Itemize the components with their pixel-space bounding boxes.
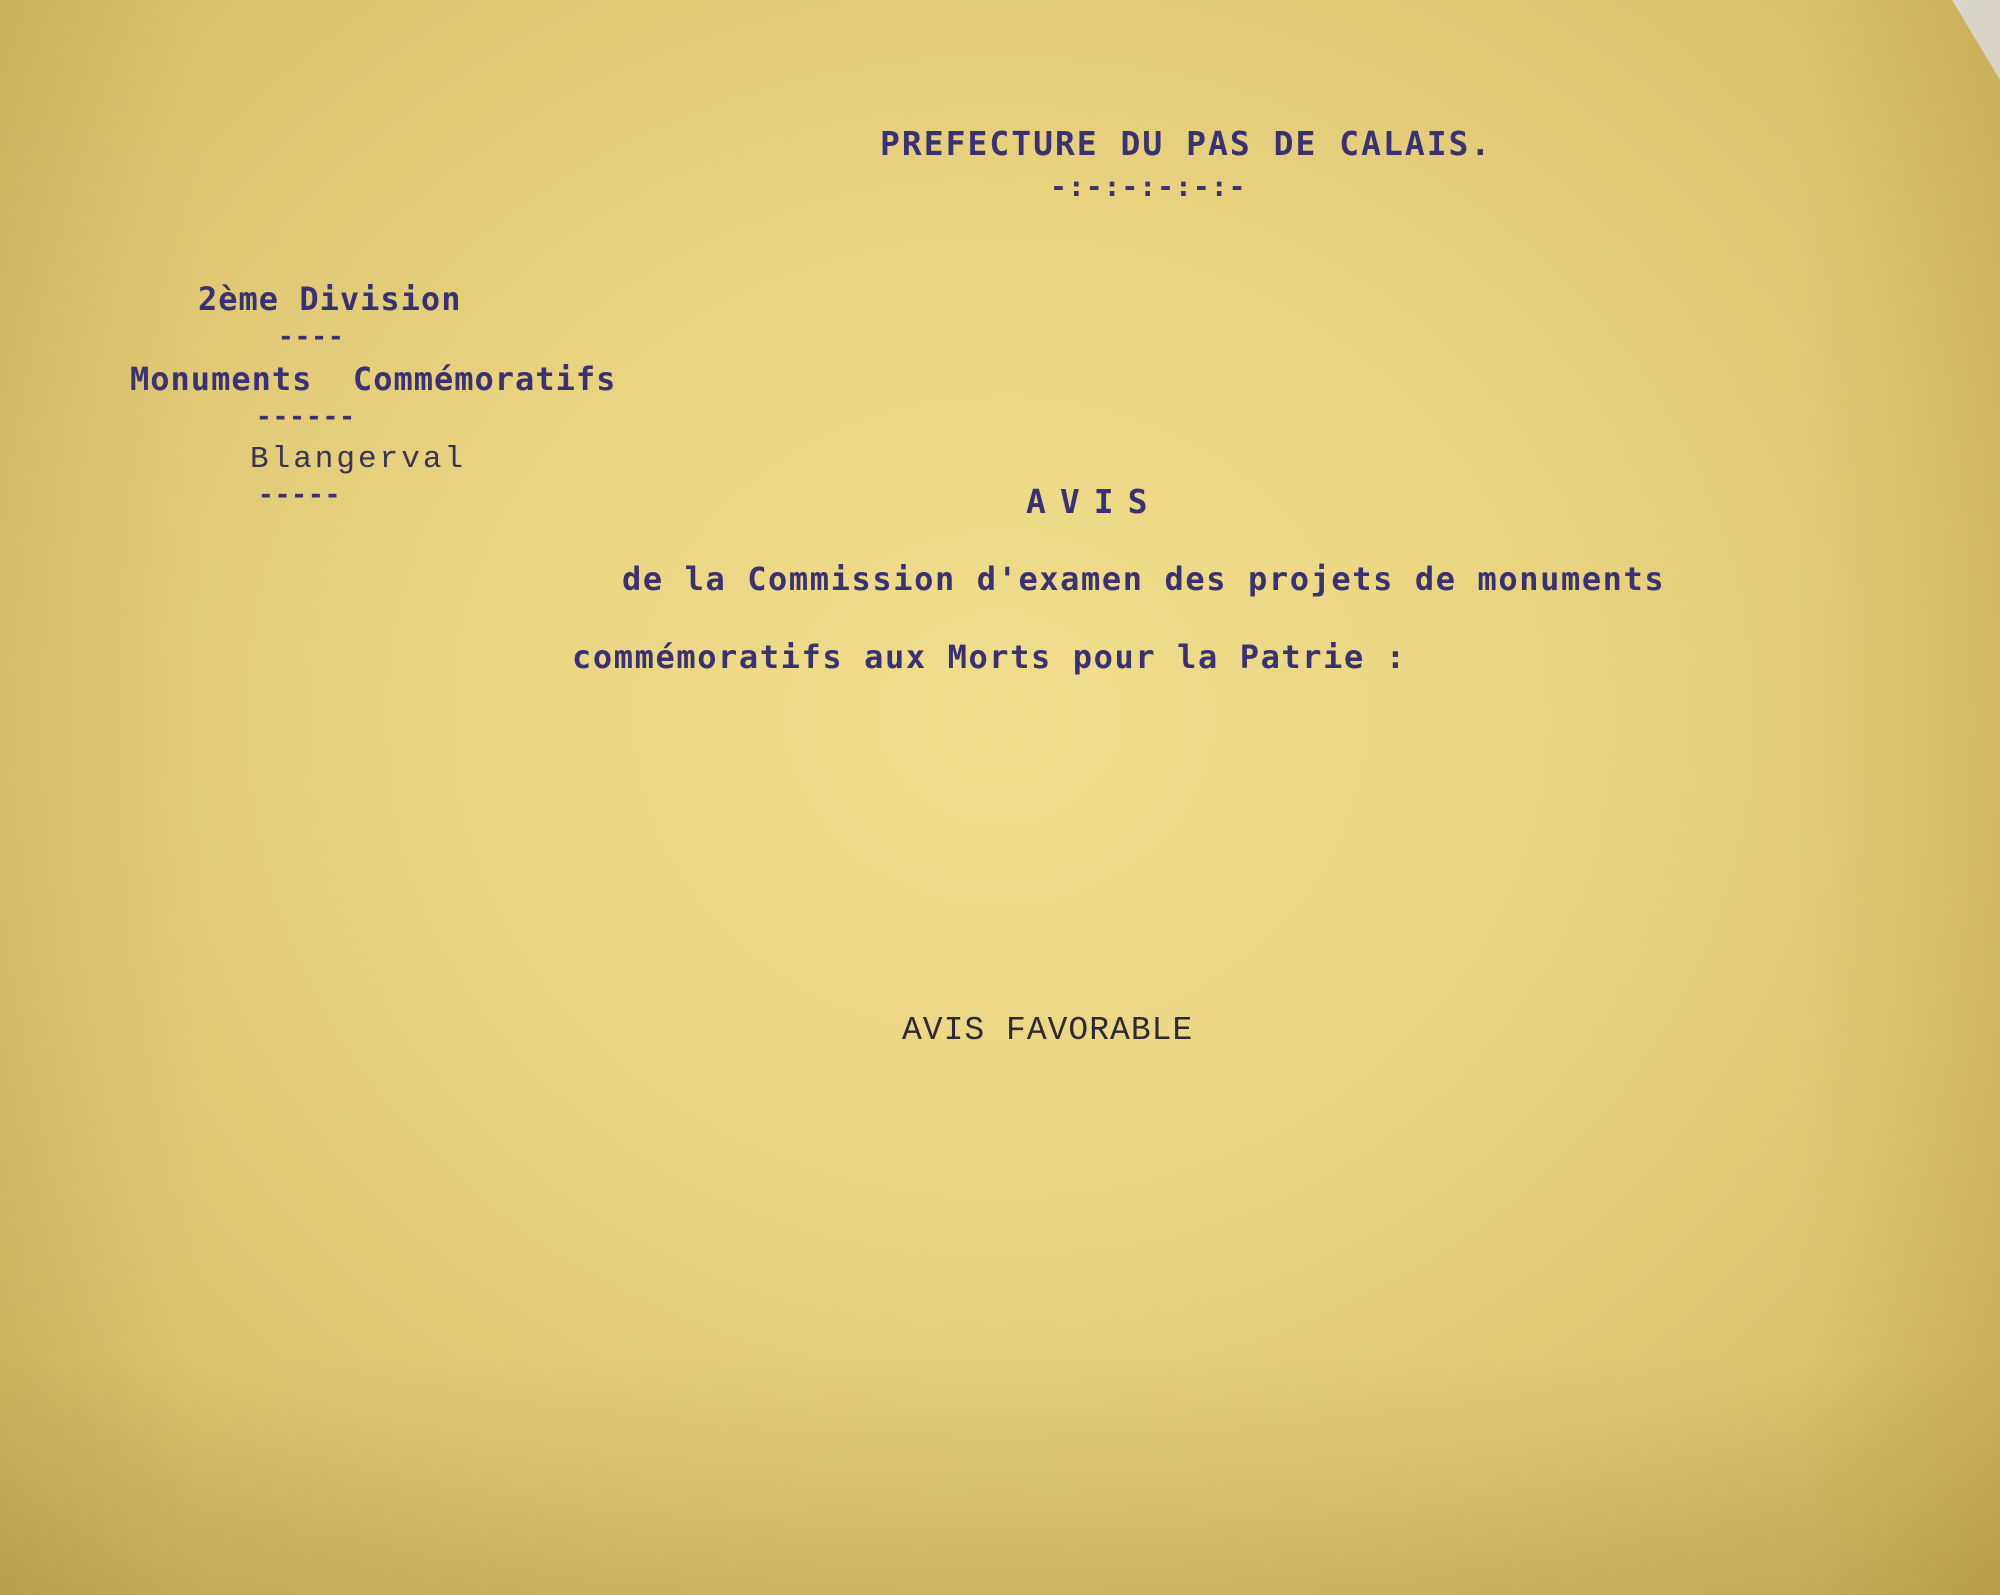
service-label: Monuments Commémoratifs <box>130 360 616 398</box>
heading-ornament: -:-:-:-:-:- <box>1050 170 1246 203</box>
commune-name: Blangerval <box>250 442 466 477</box>
page-corner <box>1952 0 2000 80</box>
document-page: PREFECTURE DU PAS DE CALAIS. -:-:-:-:-:-… <box>0 0 2000 1595</box>
division-label: 2ème Division <box>198 280 461 318</box>
commune-divider: ----- <box>258 480 341 510</box>
decision-text: AVIS FAVORABLE <box>902 1012 1193 1049</box>
document-title: AVIS <box>1026 482 1161 521</box>
body-text-line-2: commémoratifs aux Morts pour la Patrie : <box>572 638 1407 676</box>
division-divider: ---- <box>278 322 345 352</box>
body-text-line-1: de la Commission d'examen des projets de… <box>622 560 1665 598</box>
service-divider: ------ <box>256 402 356 432</box>
prefecture-heading: PREFECTURE DU PAS DE CALAIS. <box>880 124 1492 163</box>
